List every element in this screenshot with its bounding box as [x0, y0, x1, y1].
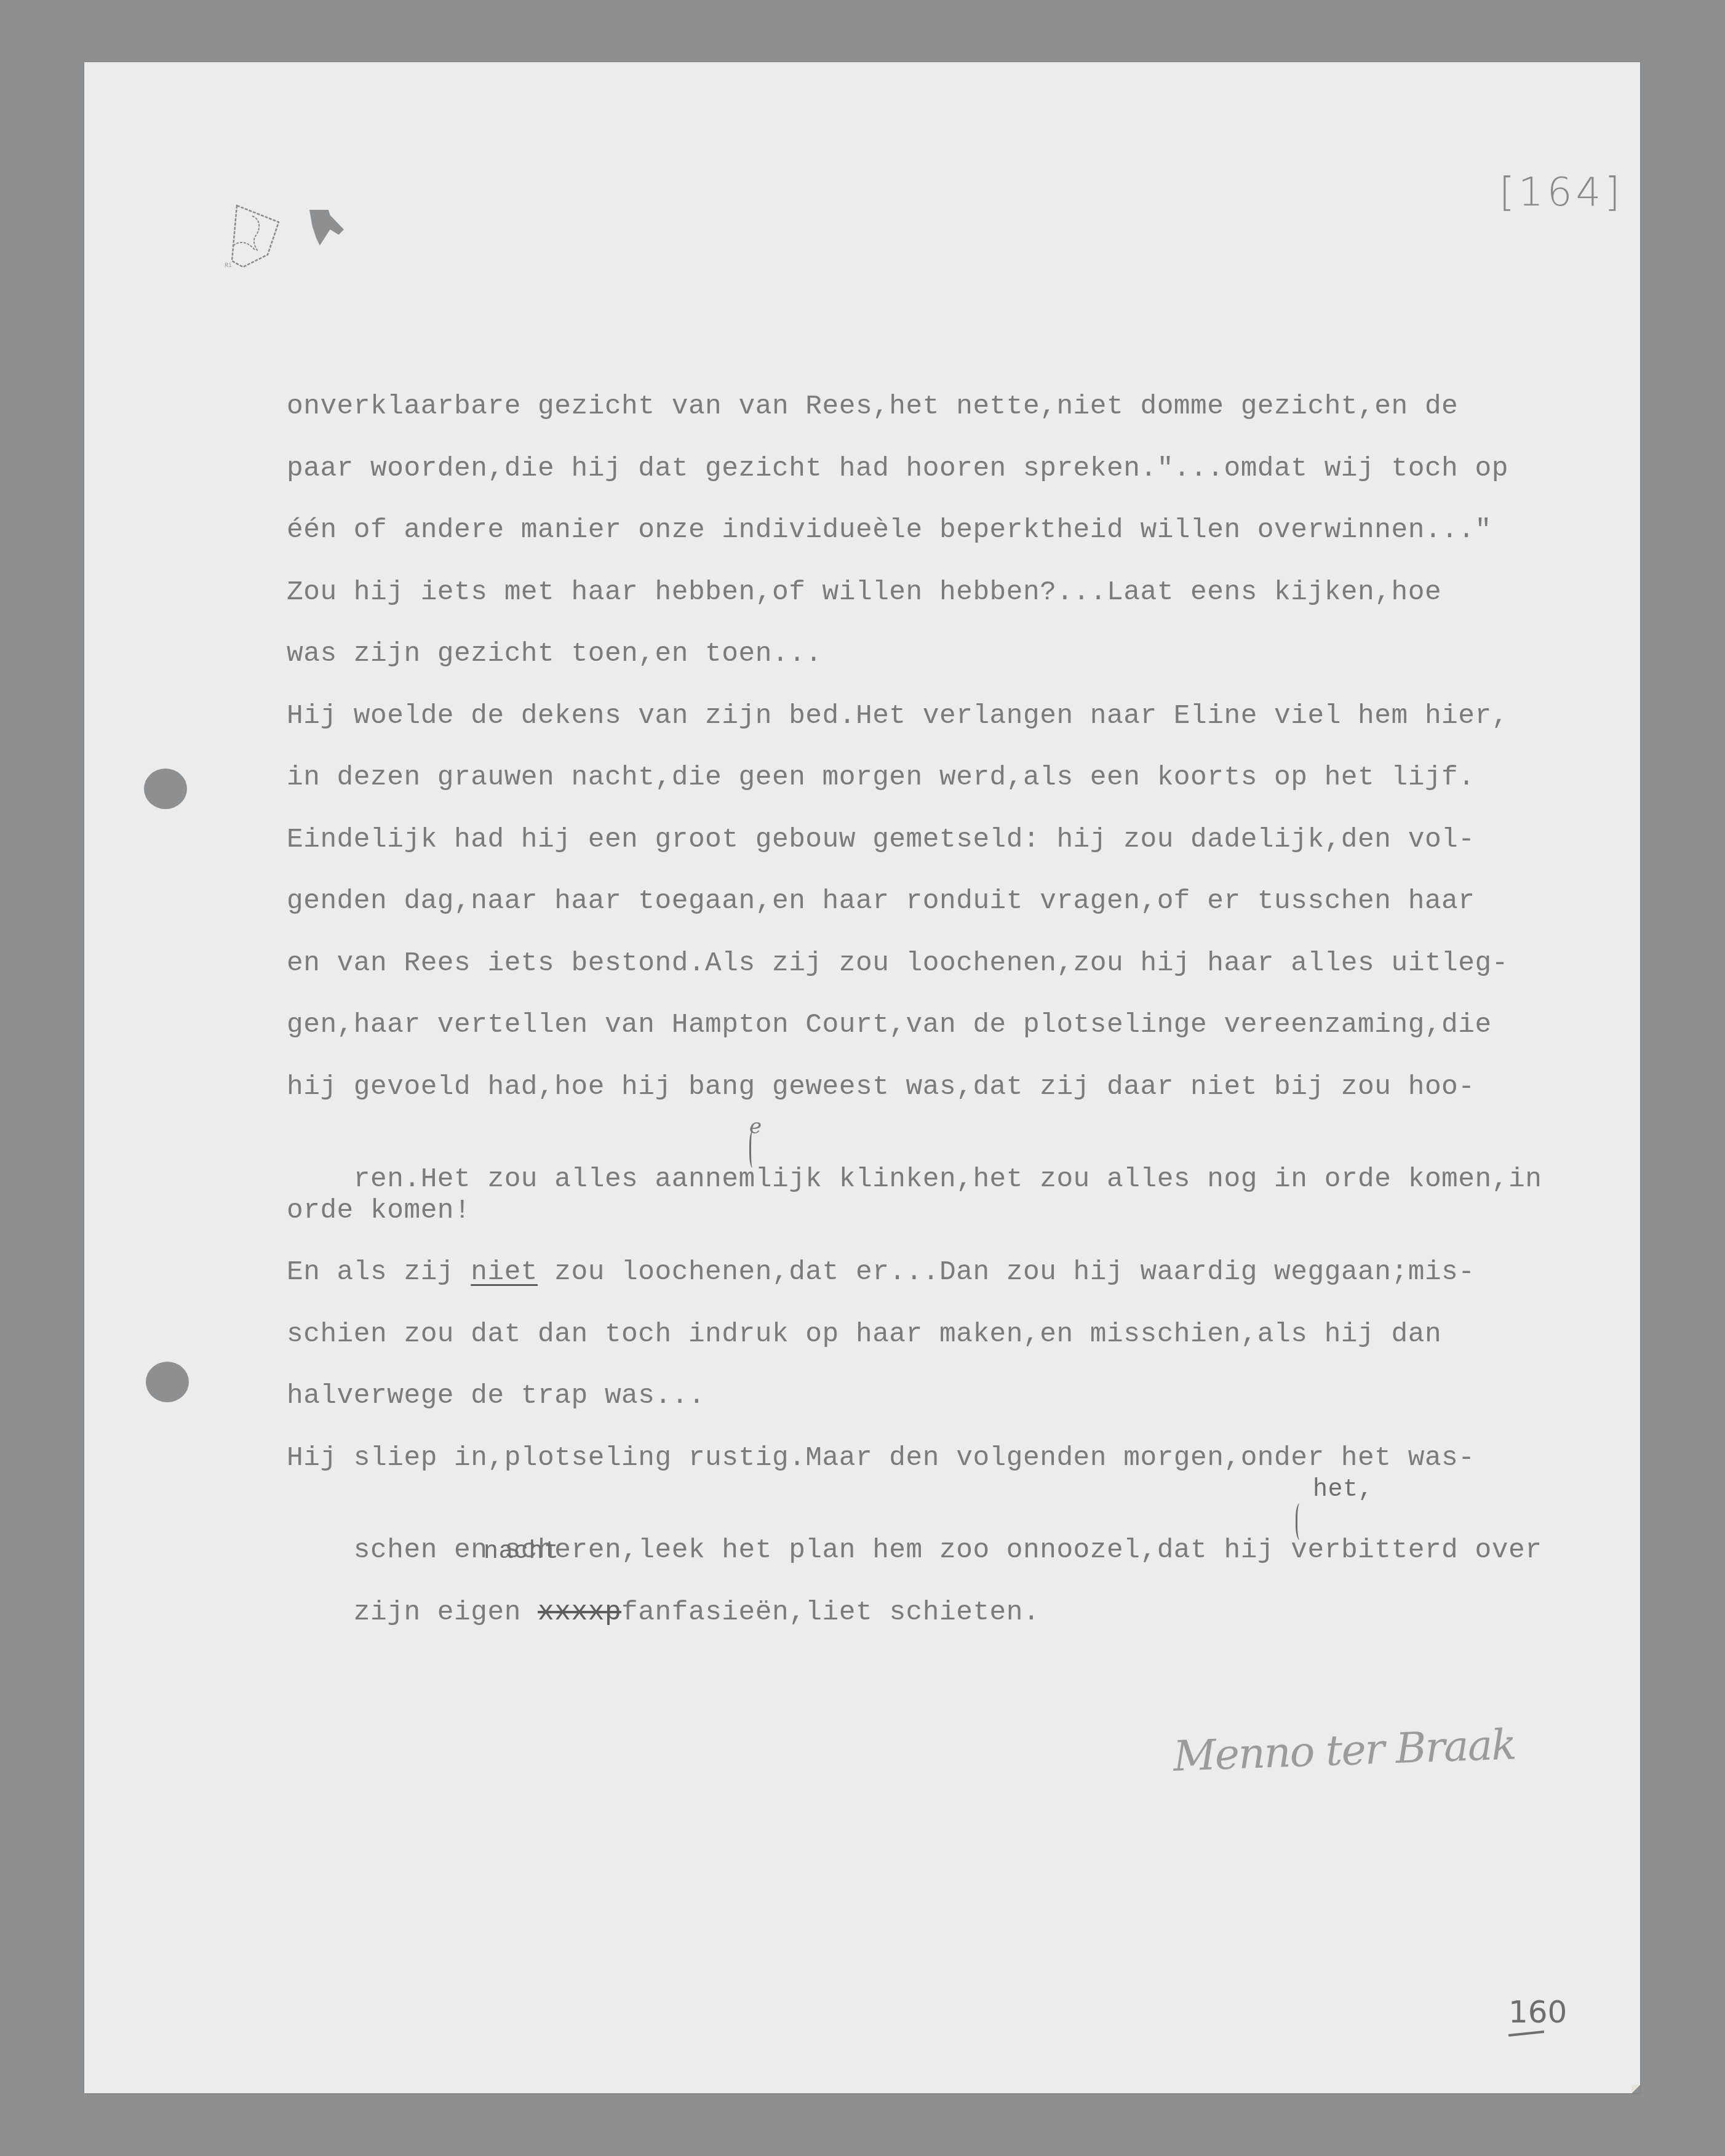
text-line-15: En als zij niet zou loochenen,dat er...D… — [287, 1257, 1671, 1319]
text-line-18: Hij sliep in,plotseling rustig.Maar den … — [287, 1443, 1671, 1505]
punch-hole-lower — [146, 1362, 189, 1402]
typescript-body: onverklaarbare gezicht van van Rees,het … — [287, 391, 1671, 1628]
line-15-before: En als zij — [287, 1257, 471, 1288]
text-line-13: ren.Het zou alles aannemlijk klinken,het… — [287, 1133, 1671, 1196]
insertion-caret-mark — [749, 1131, 757, 1168]
author-signature: Menno ter Braak — [1173, 1720, 1516, 1781]
folio-number-bottom: 160 — [1508, 1994, 1567, 2035]
struck-text: xxxxp — [538, 1597, 621, 1628]
text-line-4: Zou hij iets met haar hebben,of willen h… — [287, 577, 1671, 639]
line-15-after: zou loochenen,dat er...Dan zou hij waard… — [538, 1257, 1475, 1288]
text-line-7: in dezen grauwen nacht,die geen morgen w… — [287, 762, 1671, 824]
text-line-14: orde komen! — [287, 1196, 1671, 1258]
svg-text:Ri: Ri — [225, 262, 232, 269]
torn-paper-mark — [309, 210, 344, 246]
punch-hole-upper — [144, 769, 187, 809]
line-19-after: verbitterd over — [1291, 1535, 1542, 1566]
text-line-6: Hij woelde de dekens van zijn bed.Het ve… — [287, 701, 1671, 763]
text-line-5: was zijn gezicht toen,en toen... — [287, 639, 1671, 701]
library-stamp-icon: Ri — [225, 202, 280, 270]
folded-corner — [1631, 2085, 1640, 2093]
text-line-12: hij gevoeld had,hoe hij bang geweest was… — [287, 1072, 1671, 1134]
line-20-before: zijn eigen — [354, 1597, 538, 1628]
text-line-3: één of andere manier onze individueèle b… — [287, 515, 1671, 577]
text-line-20: zijn eigen xxxxpfanfasieën,liet schieten… — [287, 1567, 1671, 1629]
text-line-17: halverwege de trap was... — [287, 1381, 1671, 1443]
underlined-word-niet: niet — [471, 1257, 538, 1288]
text-line-1: onverklaarbare gezicht van van Rees,het … — [287, 391, 1671, 453]
text-line-11: gen,haar vertellen van Hampton Court,van… — [287, 1010, 1671, 1072]
text-line-13-content: ren.Het zou alles aannemlijk klinken,het… — [354, 1164, 1542, 1195]
text-line-2: paar woorden,die hij dat gezicht had hoo… — [287, 453, 1671, 516]
line-20-after: fanfasieën,liet schieten. — [621, 1597, 1040, 1628]
interlinear-insert-het: het, — [1313, 1475, 1373, 1506]
text-line-10: en van Rees iets bestond.Als zij zou loo… — [287, 948, 1671, 1010]
interlinear-insert-nacht: nacht — [484, 1537, 559, 1568]
text-line-8: Eindelijk had hij een groot gebouw gemet… — [287, 824, 1671, 887]
folio-number-top: [164] — [1499, 170, 1623, 215]
insertion-caret-mark — [1296, 1503, 1306, 1540]
text-line-9: genden dag,naar haar toegaan,en haar ron… — [287, 886, 1671, 948]
text-line-16: schien zou dat dan toch indruk op haar m… — [287, 1319, 1671, 1381]
